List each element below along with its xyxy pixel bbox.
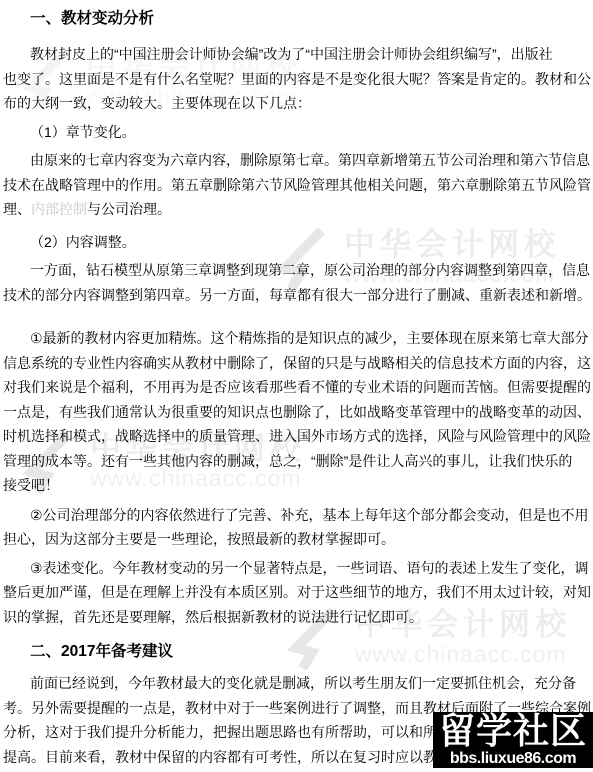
paragraph-point-1: ①最新的教材内容更加精炼。这个精炼指的是知识点的减少，主要体现在原来第七章大部分…	[3, 326, 591, 498]
paragraph-point-3: ③表述变化。今年教材变动的另一个显著特点是，一些词语、语句的表述上发生了变化，调…	[3, 556, 591, 630]
text-line: ①最新的教材内容更加精炼。这个精炼指的是知识点的减少，主要体现在原来第七章大部分	[3, 326, 591, 351]
text-line: 前面已经说到，今年教材最大的变化就是删减，所以考生朋友们一定要抓住机会，充分备	[3, 671, 591, 696]
text-line: 一方面，钻石模型从原第三章调整到现第二章，原公司治理的部分内容调整到第四章，信息	[3, 258, 591, 283]
text-line: 接受吧！	[3, 473, 591, 498]
internal-control-link[interactable]: 内部控制	[31, 201, 87, 217]
text-line: 时机选择和模式，战略选择中的质量管理、进入国外市场方式的选择，风险与风险管理中的…	[3, 424, 591, 449]
text-line: 由原来的七章内容变为六章内容，删除原第七章。第四章新增第五节公司治理和第六节信息	[3, 148, 591, 173]
liuxue-badge-url: bbs.liuxue86.com	[450, 749, 576, 768]
paragraph-content-adjustment: 一方面，钻石模型从原第三章调整到现第二章，原公司治理的部分内容调整到第四章，信息…	[3, 258, 591, 307]
text-line: 也变了。这里面是不是有什么名堂呢？里面的内容是不是变化很大呢？答案是肯定的。教材…	[3, 67, 591, 92]
text-line: 管理的成本等。还有一些其他内容的删减，总之，“删除”是件让人高兴的事儿，让我们快…	[3, 449, 591, 474]
article-body: 一、教材变动分析 教材封皮上的“中国注册会计师协会编”改为了“中国注册会计师协会…	[0, 0, 593, 769]
text-line: 技术的部分内容调整到第四章。另一方面，每章都有很大一部分进行了删减、重新表述和新…	[3, 283, 591, 308]
section-heading-2017-advice: 二、2017年备考建议	[30, 641, 591, 663]
text-line: 识的掌握，首先还是要理解，然后根据新教材的说法进行记忆即可。	[3, 605, 591, 630]
section-heading-textbook-changes: 一、教材变动分析	[30, 8, 591, 30]
paragraph-item-1-title: （1）章节变化。	[3, 120, 591, 145]
text-line: 整后更加严谨，但是在理解上并没有本质区别。对于这些细节的地方，我们不用太过计较，…	[3, 580, 591, 605]
text-line: 对我们来说是个福利，不用再为是否应该看那些看不懂的专业术语的问题而苦恼。但需要提…	[3, 375, 591, 400]
paragraph-chapter-changes: 由原来的七章内容变为六章内容，删除原第七章。第四章新增第五节公司治理和第六节信息…	[3, 148, 591, 222]
text-line: ③表述变化。今年教材变动的另一个显著特点是，一些词语、语句的表述上发生了变化，调	[3, 556, 591, 581]
text-line: 一点是，有些我们通常认为很重要的知识点也删除了，比如战略变革管理中的战略变革的动…	[3, 400, 591, 425]
text-line: 信息系统的专业性内容确实从教材中删除了，保留的只是与战略相关的信息技术方面的内容…	[3, 351, 591, 376]
paragraph-item-2-title: （2）内容调整。	[3, 230, 591, 255]
text-line: 担心，因为这部分主要是一些理论，按照最新的教材掌握即可。	[3, 527, 591, 552]
text-segment: 与公司治理。	[87, 201, 171, 217]
text-line: ②公司治理部分的内容依然进行了完善、补充，基本上每年这个部分都会变动，但是也不用	[3, 503, 591, 528]
text-line: 布的大纲一致，变动较大。主要体现在以下几点：	[3, 91, 591, 116]
text-line: （1）章节变化。	[3, 120, 591, 145]
paragraph-intro: 教材封皮上的“中国注册会计师协会编”改为了“中国注册会计师协会组织编写”，出版社…	[3, 42, 591, 116]
document-page: 中华会计网校 www.chinaacc.com 中华会计网校 www.china…	[0, 0, 593, 772]
liuxue-badge-title: 留学社区	[439, 713, 587, 749]
text-line: （2）内容调整。	[3, 230, 591, 255]
liuxue-community-badge: 留学社区 bbs.liuxue86.com	[433, 712, 593, 768]
paragraph-point-2: ②公司治理部分的内容依然进行了完善、补充，基本上每年这个部分都会变动，但是也不用…	[3, 503, 591, 552]
text-segment: 理、	[3, 201, 31, 217]
text-line: 技术在战略管理中的作用。第五章删除第六节风险管理其他相关问题，第六章删除第五节风…	[3, 173, 591, 198]
text-line: 教材封皮上的“中国注册会计师协会编”改为了“中国注册会计师协会组织编写”，出版社	[3, 42, 591, 67]
text-line: 理、内部控制与公司治理。	[3, 197, 591, 222]
